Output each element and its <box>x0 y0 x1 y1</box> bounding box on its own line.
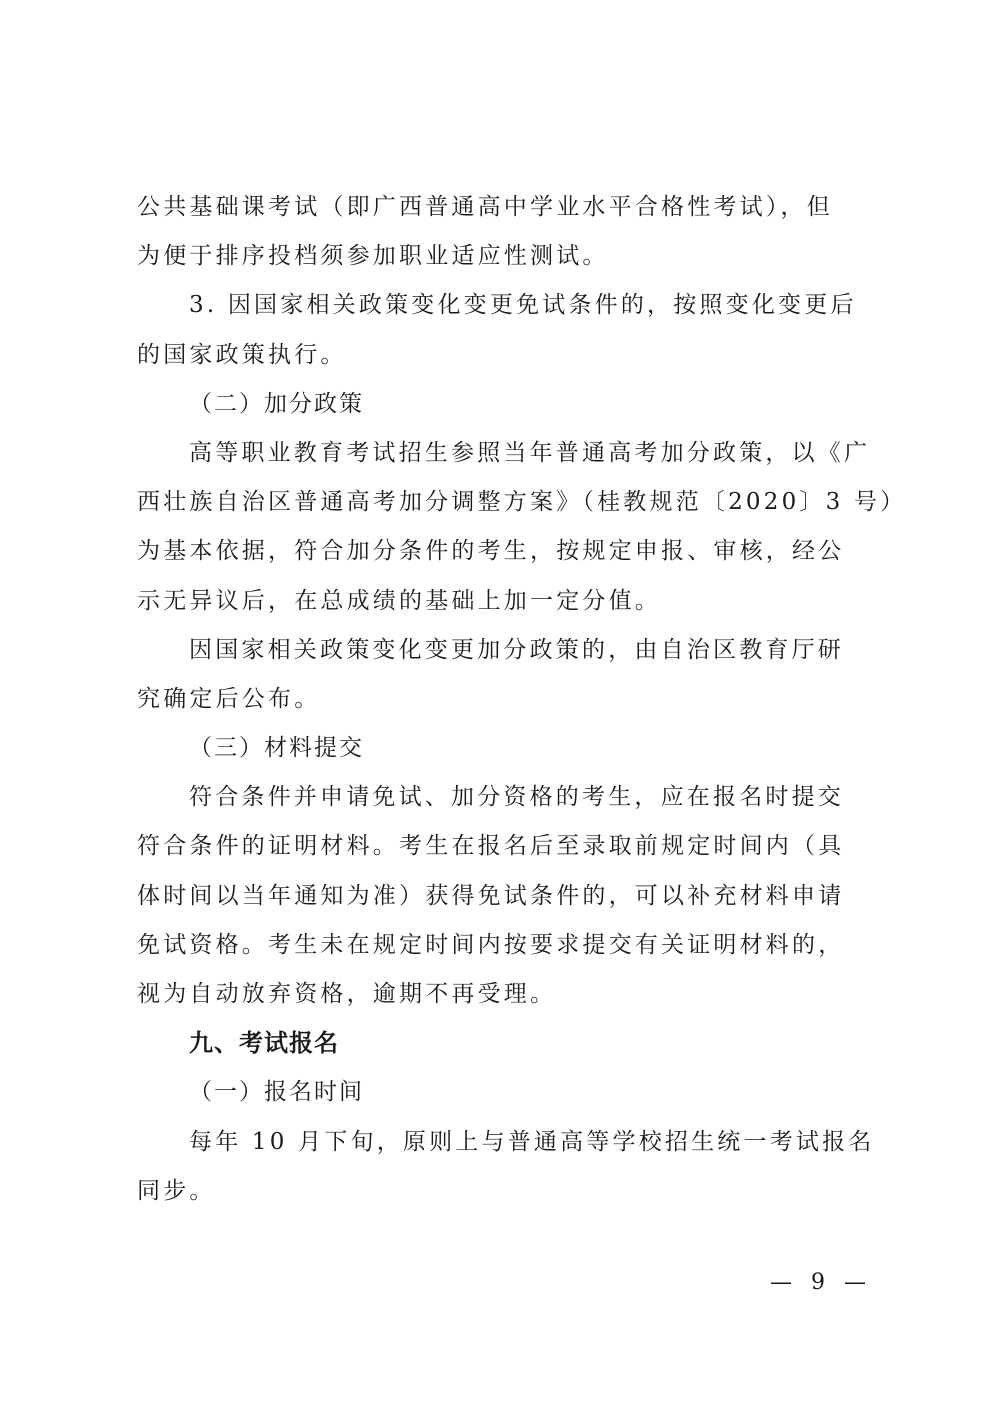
paragraph-line: 示无异议后，在总成绩的基础上加一定分值。 <box>137 577 877 626</box>
paragraph-line: 的国家政策执行。 <box>137 331 877 380</box>
paragraph-line: 符合条件并申请免试、加分资格的考生，应在报名时提交 <box>137 773 877 822</box>
paragraph-line: 体时间以当年通知为准）获得免试条件的，可以补充材料申请 <box>137 872 877 921</box>
paragraph-line: 同步。 <box>137 1167 877 1216</box>
paragraph-line: 符合条件的证明材料。考生在报名后至录取前规定时间内（具 <box>137 822 877 871</box>
chapter-heading-registration: 九、考试报名 <box>137 1019 877 1068</box>
paragraph-line: 免试资格。考生未在规定时间内按要求提交有关证明材料的， <box>137 921 877 970</box>
section-heading-bonus-policy: （二）加分政策 <box>137 380 877 429</box>
paragraph-line: 究确定后公布。 <box>137 675 877 724</box>
paragraph-line: 高等职业教育考试招生参照当年普通高考加分政策，以《广 <box>137 429 877 478</box>
paragraph-line: 3. 因国家相关政策变化变更免试条件的，按照变化变更后 <box>137 281 877 330</box>
paragraph-line: 公共基础课考试（即广西普通高中学业水平合格性考试），但 <box>137 183 877 232</box>
paragraph-line: 每年 10 月下旬，原则上与普通高等学校招生统一考试报名 <box>137 1118 877 1167</box>
paragraph-line: 视为自动放弃资格，逾期不再受理。 <box>137 970 877 1019</box>
paragraph-line: 为便于排序投档须参加职业适应性测试。 <box>137 232 877 281</box>
section-heading-materials: （三）材料提交 <box>137 724 877 773</box>
page-number: — 9 — <box>770 1270 872 1295</box>
section-heading-registration-time: （一）报名时间 <box>137 1068 877 1117</box>
paragraph-line: 西壮族自治区普通高考加分调整方案》（桂教规范〔2020〕3 号） <box>137 478 877 527</box>
document-page: 公共基础课考试（即广西普通高中学业水平合格性考试），但 为便于排序投档须参加职业… <box>137 183 877 1216</box>
paragraph-line: 因国家相关政策变化变更加分政策的，由自治区教育厅研 <box>137 626 877 675</box>
paragraph-line: 为基本依据，符合加分条件的考生，按规定申报、审核，经公 <box>137 527 877 576</box>
